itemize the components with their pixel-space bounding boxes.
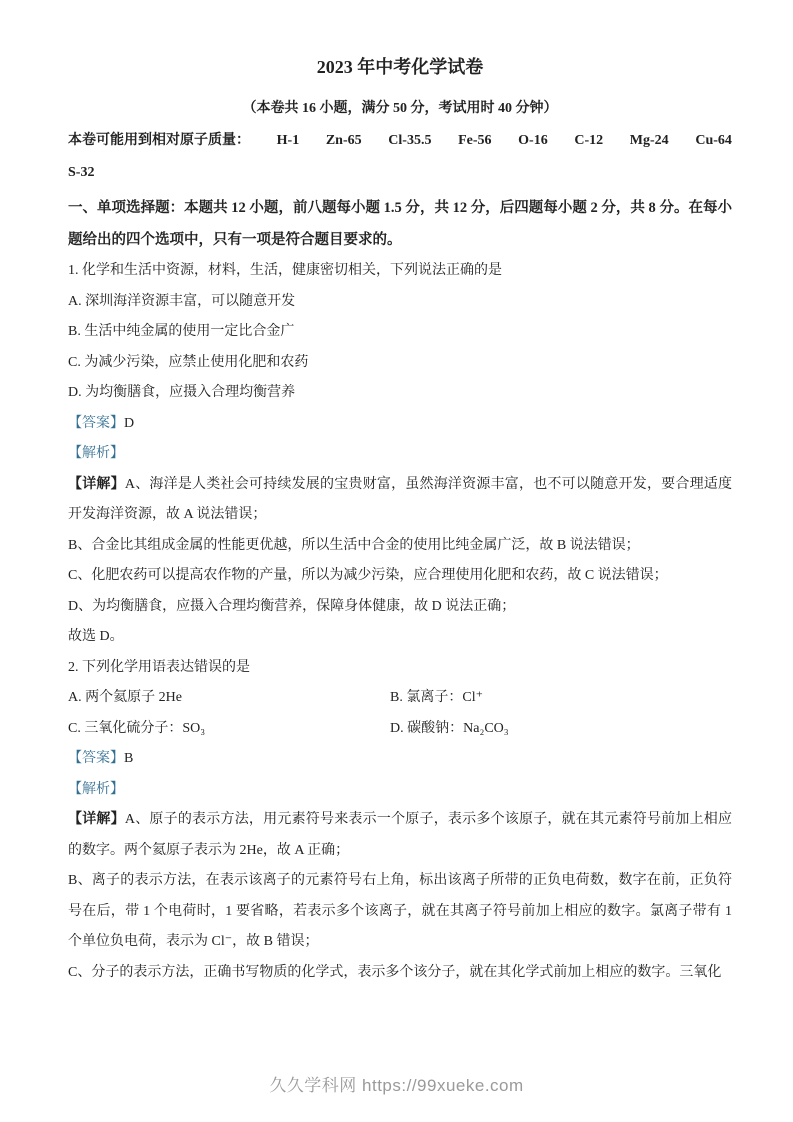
question-1-option-b: B. 生活中纯金属的使用一定比合金广 xyxy=(68,317,732,348)
question-1-detail-paragraph: 【详解】A、海洋是人类社会可持续发展的宝贵财富，虽然海洋资源丰富，也不可以随意开… xyxy=(68,470,732,531)
question-1-detail-paragraph: D、为均衡膳食，应摄入合理均衡营养，保障身体健康，故 D 说法正确； xyxy=(68,592,732,623)
answer-value: D xyxy=(124,416,134,431)
atomic-mass-item: Zn-65 xyxy=(326,125,362,157)
question-2-option-d: D. 碳酸钠：Na₂CO₃ xyxy=(390,714,732,745)
detail-text: A、海洋是人类社会可持续发展的宝贵财富，虽然海洋资源丰富，也不可以随意开发，要合… xyxy=(68,477,732,523)
question-2-detail-paragraph: 【详解】A、原子的表示方法，用元素符号来表示一个原子，表示多个该原子，就在其元素… xyxy=(68,805,732,866)
question-2-option-c: C. 三氧化硫分子：SO₃ xyxy=(68,714,390,745)
question-2-stem: 2. 下列化学用语表达错误的是 xyxy=(68,653,732,684)
question-2: 2. 下列化学用语表达错误的是 A. 两个氦原子 2He B. 氯离子：Cl⁺ … xyxy=(68,653,732,989)
answer-value: B xyxy=(124,751,133,766)
atomic-mass-item: O-16 xyxy=(518,125,548,157)
question-2-options: A. 两个氦原子 2He B. 氯离子：Cl⁺ C. 三氧化硫分子：SO₃ D.… xyxy=(68,683,732,744)
detail-text: A、原子的表示方法，用元素符号来表示一个原子，表示多个该原子，就在其元素符号前加… xyxy=(68,812,732,858)
page-title: 2023 年中考化学试卷 xyxy=(68,54,732,80)
question-1-detail-paragraph: C、化肥农药可以提高农作物的产量，所以为减少污染，应合理使用化肥和农药，故 C … xyxy=(68,561,732,592)
atomic-mass-item: H-1 xyxy=(277,125,300,157)
question-1-option-a: A. 深圳海洋资源丰富，可以随意开发 xyxy=(68,287,732,318)
analysis-label: 【解析】 xyxy=(68,446,124,461)
watermark: 久久学科网 https://99xueke.com xyxy=(0,1071,793,1096)
atomic-mass-item: Fe-56 xyxy=(458,125,491,157)
detail-label: 【详解】 xyxy=(68,812,125,827)
answer-label: 【答案】 xyxy=(68,751,124,766)
question-1-analysis-line: 【解析】 xyxy=(68,439,732,470)
question-1-option-c: C. 为减少污染，应禁止使用化肥和农药 xyxy=(68,348,732,379)
atomic-mass-label: 本卷可能用到相对原子质量： xyxy=(68,125,250,157)
question-1-option-d: D. 为均衡膳食，应摄入合理均衡营养 xyxy=(68,378,732,409)
question-1: 1. 化学和生活中资源，材料，生活，健康密切相关，下列说法正确的是 A. 深圳海… xyxy=(68,256,732,653)
question-2-option-b: B. 氯离子：Cl⁺ xyxy=(390,683,732,714)
atomic-mass-overflow: S-32 xyxy=(68,157,732,189)
question-1-conclusion: 故选 D。 xyxy=(68,622,732,653)
question-2-answer-line: 【答案】B xyxy=(68,744,732,775)
atomic-mass-item: C-12 xyxy=(574,125,603,157)
atomic-mass-item: Mg-24 xyxy=(630,125,669,157)
page-content: 2023 年中考化学试卷 （本卷共 16 小题，满分 50 分，考试用时 40 … xyxy=(0,0,793,988)
answer-label: 【答案】 xyxy=(68,416,124,431)
question-2-detail-paragraph: B、离子的表示方法，在表示该离子的元素符号右上角，标出该离子所带的正负电荷数，数… xyxy=(68,866,732,958)
atomic-mass-item: Cl-35.5 xyxy=(388,125,431,157)
question-1-stem: 1. 化学和生活中资源，材料，生活，健康密切相关，下列说法正确的是 xyxy=(68,256,732,287)
question-1-detail-paragraph: B、合金比其组成金属的性能更优越，所以生活中合金的使用比纯金属广泛，故 B 说法… xyxy=(68,531,732,562)
analysis-label: 【解析】 xyxy=(68,782,124,797)
question-2-detail-paragraph: C、分子的表示方法，正确书写物质的化学式，表示多个该分子，就在其化学式前加上相应… xyxy=(68,958,732,989)
atomic-mass-item: Cu-64 xyxy=(695,125,732,157)
detail-label: 【详解】 xyxy=(68,477,125,492)
question-2-option-a: A. 两个氦原子 2He xyxy=(68,683,390,714)
exam-paper-page: 2023 年中考化学试卷 （本卷共 16 小题，满分 50 分，考试用时 40 … xyxy=(0,0,793,1122)
question-2-analysis-line: 【解析】 xyxy=(68,775,732,806)
section-title: 一、单项选择题：本题共 12 小题，前八题每小题 1.5 分，共 12 分，后四… xyxy=(68,192,732,256)
paper-info-line: （本卷共 16 小题，满分 50 分，考试用时 40 分钟） xyxy=(68,93,732,125)
atomic-mass-line: 本卷可能用到相对原子质量： H-1 Zn-65 Cl-35.5 Fe-56 O-… xyxy=(68,125,732,157)
question-1-answer-line: 【答案】D xyxy=(68,409,732,440)
